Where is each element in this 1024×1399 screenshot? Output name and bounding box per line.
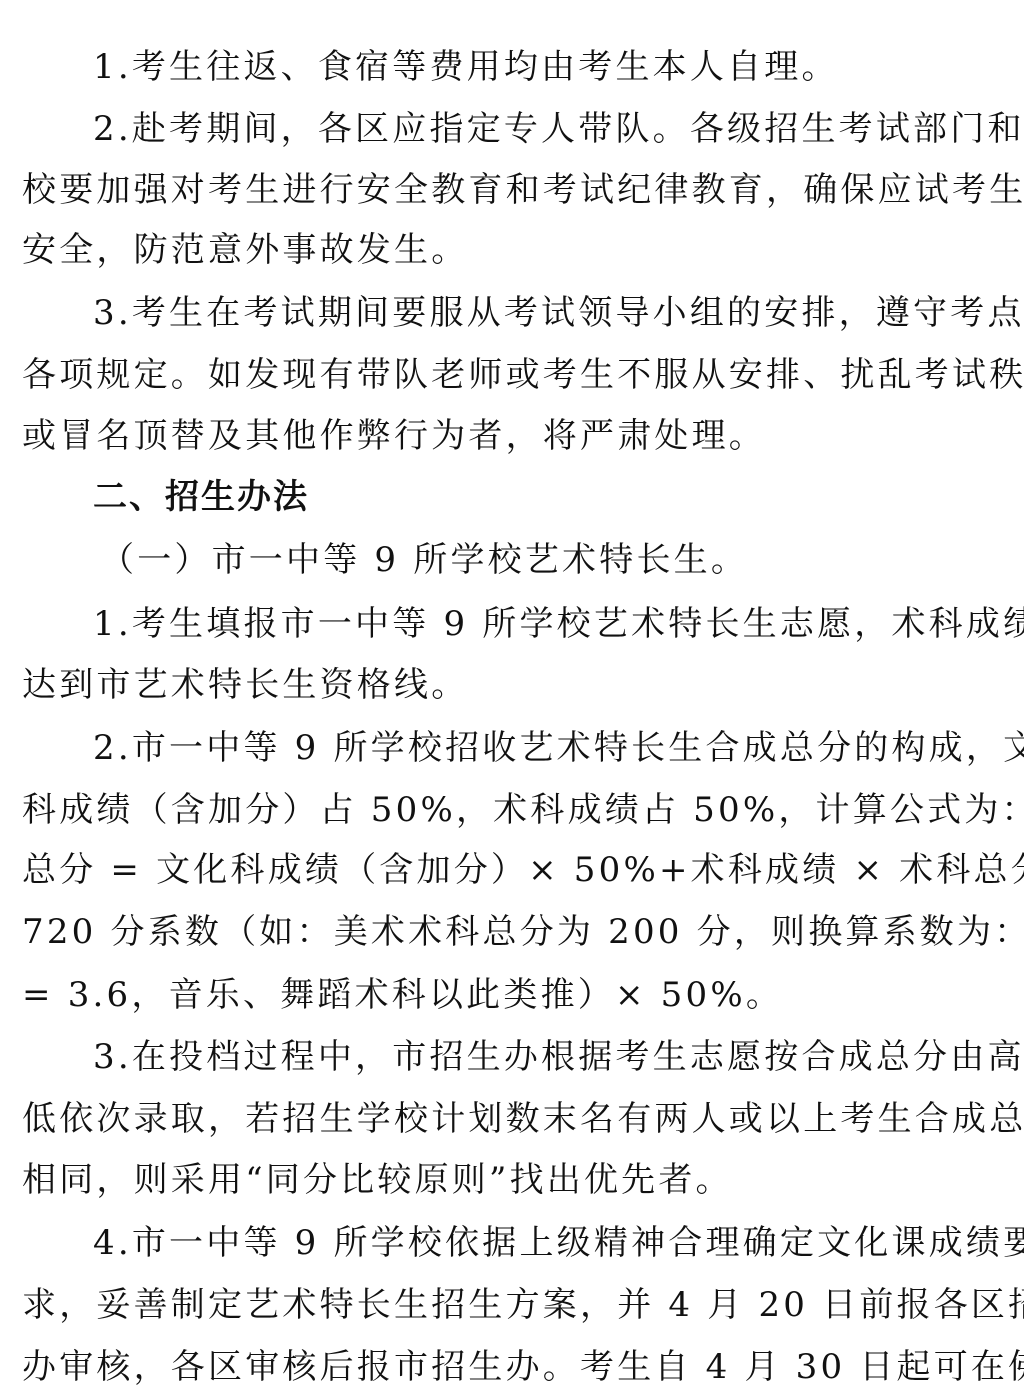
document-page: 1.考生往返、食宿等费用均由考生本人自理。 2.赴考期间，各区应指定专人带队。各… [0,0,1024,1399]
item-3-line-1: 3.在投档过程中，市招生办根据考生志愿按合成总分由高到 [93,1035,1002,1079]
paragraph-1-line-1: 1.考生往返、食宿等费用均由考生本人自理。 [93,45,1002,89]
section-heading: 二、招生办法 [93,475,1002,519]
item-4-line-2: 求，妥善制定艺术特长生招生方案，并 4 月 20 日前报各区招生 [22,1283,1002,1327]
paragraph-2-line-3: 安全，防范意外事故发生。 [22,228,1002,272]
item-2-line-3: 总分 = 文化科成绩（含加分）× 50%+术科成绩 × 术科总分换算为 [22,848,1002,892]
paragraph-2-line-1: 2.赴考期间，各区应指定专人带队。各级招生考试部门和学 [93,107,1002,151]
paragraph-3-line-1: 3.考生在考试期间要服从考试领导小组的安排，遵守考点的 [93,291,1002,335]
paragraph-3-line-2: 各项规定。如发现有带队老师或考生不服从安排、扰乱考试秩序 [22,353,1002,397]
item-3-line-3: 相同，则采用“同分比较原则”找出优先者。 [22,1158,1002,1202]
paragraph-3-line-3: 或冒名顶替及其他作弊行为者，将严肃处理。 [22,414,1002,458]
item-3-line-2: 低依次录取，若招生学校计划数末名有两人或以上考生合成总分 [22,1097,1002,1141]
item-2-line-1: 2.市一中等 9 所学校招收艺术特长生合成总分的构成，文化 [93,726,1002,770]
item-4-line-3: 办审核，各区审核后报市招生办。考生自 4 月 30 日起可在佛山 [22,1345,1002,1389]
paragraph-2-line-2: 校要加强对考生进行安全教育和考试纪律教育，确保应试考生的 [22,168,1002,212]
item-2-line-2: 科成绩（含加分）占 50%，术科成绩占 50%，计算公式为：合成 [22,788,1002,832]
item-4-line-1: 4.市一中等 9 所学校依据上级精神合理确定文化课成绩要 [93,1221,1002,1265]
item-2-line-5: = 3.6，音乐、舞蹈术科以此类推）× 50%。 [22,973,1002,1017]
item-1-line-1: 1.考生填报市一中等 9 所学校艺术特长生志愿，术科成绩须 [93,602,1002,646]
subsection-heading: （一）市一中等 9 所学校艺术特长生。 [100,538,800,582]
item-2-line-4: 720 分系数（如：美术术科总分为 200 分，则换算系数为：720/200 [22,910,1002,954]
item-1-line-2: 达到市艺术特长生资格线。 [22,663,1002,707]
